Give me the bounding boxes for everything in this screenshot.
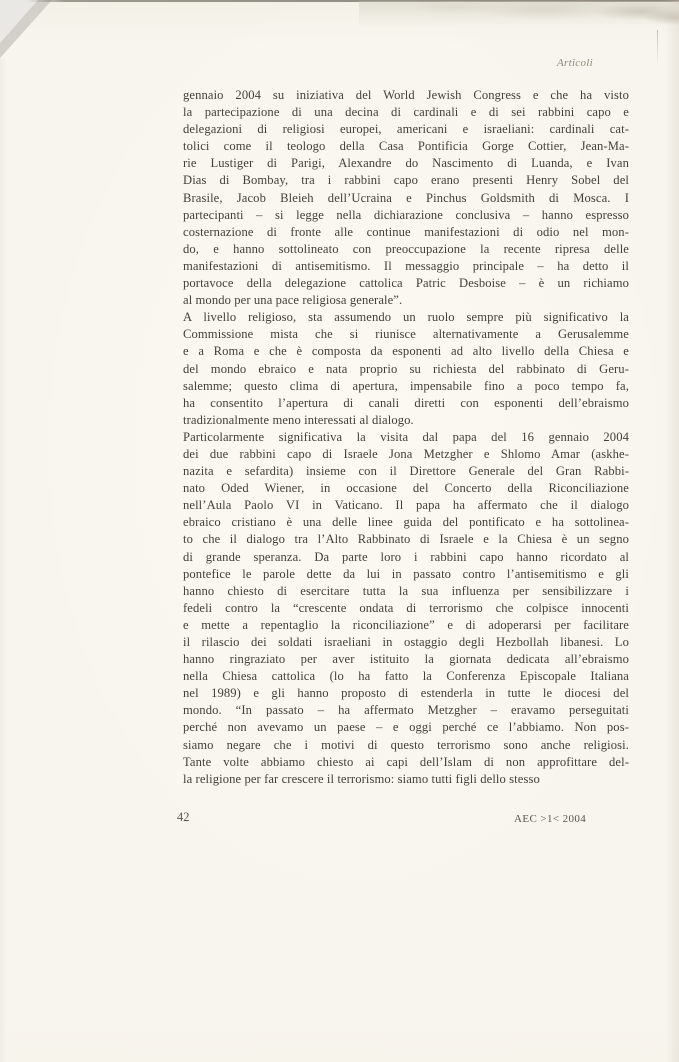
text-line: Brasile, Jacob Bleieh dell’Ucraina e Pin… — [183, 190, 629, 207]
text-line: perché non avevamo un paese – e oggi per… — [183, 719, 629, 736]
text-line: il rilascio dei soldati israeliani in os… — [183, 634, 629, 651]
text-line: do, e hanno sottolineato con preoccupazi… — [183, 241, 629, 258]
page-number: 42 — [177, 810, 190, 825]
text-line: nazita e sefardita) insieme con il Diret… — [183, 463, 629, 480]
body-text: gennaio 2004 su iniziativa del World Jew… — [183, 87, 629, 788]
scan-left-shade-artifact — [0, 58, 7, 1062]
text-line: la partecipazione di una decina di cardi… — [183, 104, 629, 121]
text-line: del mondo ebraico e nata proprio su rich… — [183, 361, 629, 378]
text-line: A livello religioso, sta assumendo un ru… — [183, 309, 629, 326]
text-line: tradizionalmente meno interessati al dia… — [183, 412, 629, 429]
scanned-page: Articoli gennaio 2004 su iniziativa del … — [0, 0, 679, 1062]
scan-right-shade-artifact — [665, 0, 679, 1062]
text-line: rie Lustiger di Parigi, Alexandre do Nas… — [183, 155, 629, 172]
text-line: di grande speranza. Da parte loro i rabb… — [183, 549, 629, 566]
text-line: e mette a repentaglio la riconciliazione… — [183, 617, 629, 634]
issue-label: AEC >1< 2004 — [514, 813, 586, 825]
text-line: pontefice le parole dette da lui in pass… — [183, 566, 629, 583]
text-line: ha consentito l’apertura di canali diret… — [183, 395, 629, 412]
paragraph: A livello religioso, sta assumendo un ru… — [183, 309, 629, 429]
running-header: Articoli — [557, 57, 593, 69]
text-line: Dias di Bombay, tra i rabbini capo erano… — [183, 172, 629, 189]
text-line: Commissione mista che si riunisce altern… — [183, 326, 629, 343]
text-line: fedeli contro la “crescente ondata di te… — [183, 600, 629, 617]
text-line: tolici come il teologo della Casa Pontif… — [183, 138, 629, 155]
text-line: la religione per far crescere il terrori… — [183, 771, 629, 788]
text-line: portavoce della delegazione cattolica Pa… — [183, 275, 629, 292]
text-line: gennaio 2004 su iniziativa del World Jew… — [183, 87, 629, 104]
text-line: e a Roma e che è composta da esponenti a… — [183, 343, 629, 360]
paragraph: Particolarmente significativa la visita … — [183, 429, 629, 788]
text-line: siamo negare che i motivi di questo terr… — [183, 737, 629, 754]
text-line: al mondo per una pace religiosa generale… — [183, 292, 629, 309]
text-line: delegazioni di religiosi europei, americ… — [183, 121, 629, 138]
text-line: nell’Aula Paolo VI in Vaticano. Il papa … — [183, 497, 629, 514]
text-line: ebraico cristiano è una delle linee guid… — [183, 514, 629, 531]
text-line: mondo. “In passato – ha affermato Metzgh… — [183, 702, 629, 719]
text-line: nella Chiesa cattolica (lo ha fatto la C… — [183, 668, 629, 685]
scan-crease-artifact — [657, 30, 658, 66]
text-line: manifestazioni di antisemitismo. Il mess… — [183, 258, 629, 275]
text-line: hanno chiesto di esercitare tutta la sua… — [183, 583, 629, 600]
paragraph: gennaio 2004 su iniziativa del World Jew… — [183, 87, 629, 309]
text-line: Particolarmente significativa la visita … — [183, 429, 629, 446]
text-line: dei due rabbini capo di Israele Jona Met… — [183, 446, 629, 463]
text-line: nel 1989) e gli hanno proposto di estend… — [183, 685, 629, 702]
text-line: hanno ringraziato per aver istituito la … — [183, 651, 629, 668]
scan-shadow-artifact — [359, 1, 679, 31]
text-line: salemme; questo clima di apertura, impen… — [183, 378, 629, 395]
text-line: to che il dialogo tra l’Alto Rabbinato d… — [183, 531, 629, 548]
text-line: costernazione di fronte alle continue ma… — [183, 224, 629, 241]
text-line: Tante volte abbiamo chiesto ai capi dell… — [183, 754, 629, 771]
text-line: nato Oded Wiener, in occasione del Conce… — [183, 480, 629, 497]
text-line: partecipanti – si legge nella dichiarazi… — [183, 207, 629, 224]
